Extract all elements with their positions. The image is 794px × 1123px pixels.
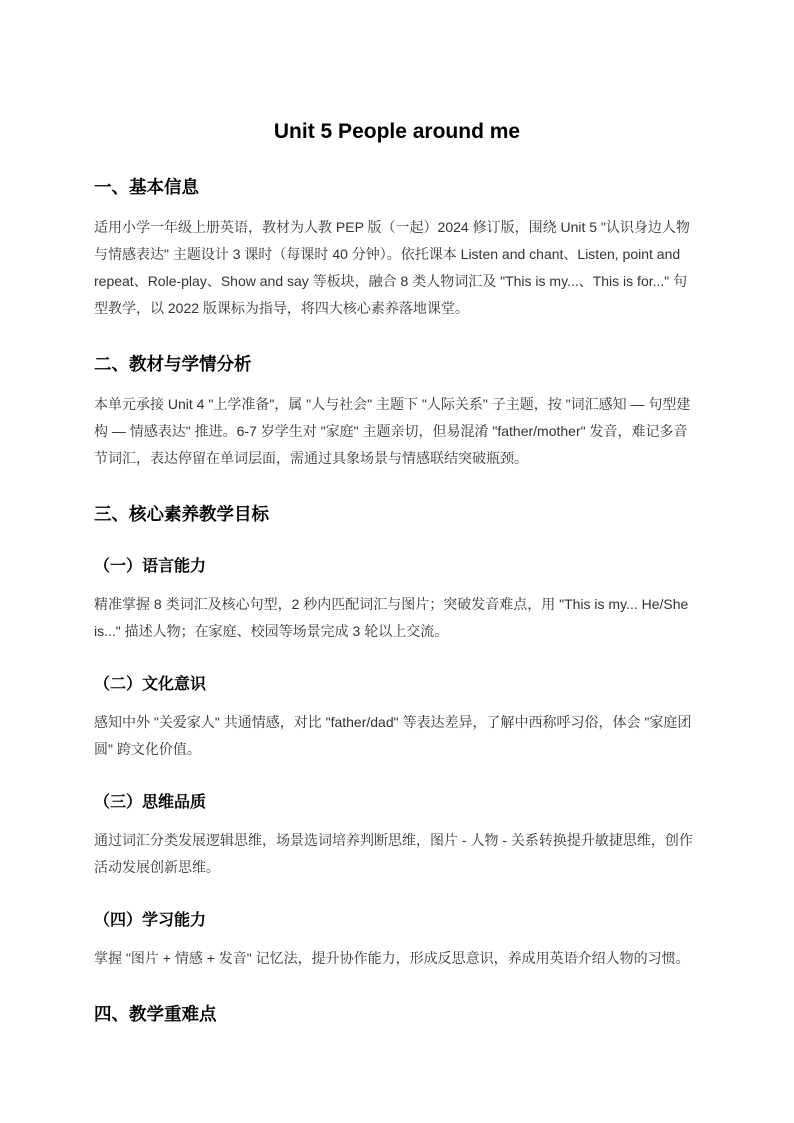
document-page: Unit 5 People around me 一、基本信息 适用小学一年级上册… (0, 0, 794, 1123)
section-body-material-analysis: 本单元承接 Unit 4 "上学准备"，属 "人与社会" 主题下 "人际关系" … (94, 391, 700, 472)
section-heading-basic-info: 一、基本信息 (94, 175, 700, 200)
subsection-heading-cultural-awareness: （二）文化意识 (94, 673, 700, 697)
subsection-heading-learning-ability: （四）学习能力 (94, 909, 700, 933)
subsection-body-language-ability: 精准掌握 8 类词汇及核心句型，2 秒内匹配词汇与图片；突破发音难点，用 "Th… (94, 591, 700, 645)
subsection-heading-thinking-quality: （三）思维品质 (94, 791, 700, 815)
subsection-body-thinking-quality: 通过词汇分类发展逻辑思维，场景选词培养判断思维，图片 - 人物 - 关系转换提升… (94, 827, 700, 881)
subsection-heading-language-ability: （一）语言能力 (94, 555, 700, 579)
section-heading-core-competency-goals: 三、核心素养教学目标 (94, 502, 700, 527)
subsection-body-cultural-awareness: 感知中外 "关爱家人" 共通情感，对比 "father/dad" 等表达差异，了… (94, 709, 700, 763)
subsection-body-learning-ability: 掌握 "图片 + 情感 + 发音" 记忆法，提升协作能力，形成反思意识，养成用英… (94, 945, 700, 972)
document-title: Unit 5 People around me (94, 119, 700, 145)
section-heading-material-analysis: 二、教材与学情分析 (94, 352, 700, 377)
section-heading-teaching-key-points: 四、教学重难点 (94, 1002, 700, 1027)
section-body-basic-info: 适用小学一年级上册英语，教材为人教 PEP 版（一起）2024 修订版，围绕 U… (94, 214, 700, 322)
